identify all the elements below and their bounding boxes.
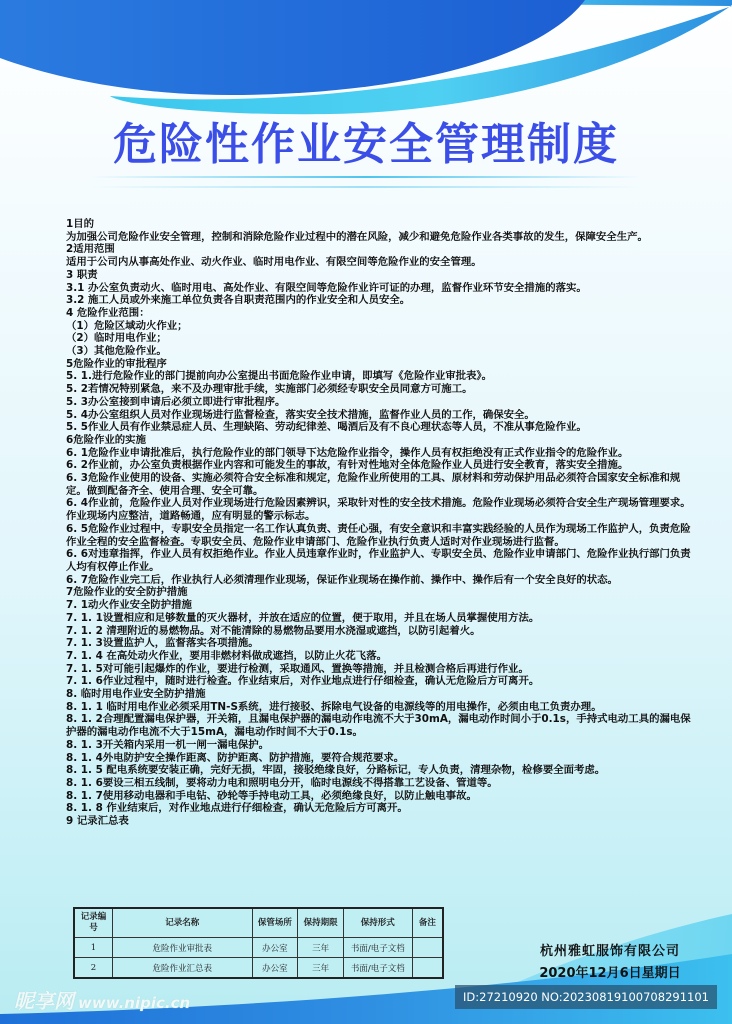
title-divider-bottom	[90, 186, 642, 188]
list-item: （1）危险区域动火作业；	[66, 320, 700, 333]
document-body: 1目的 为加强公司危险作业安全管理，控制和消除危险作业过程中的潜在风险，减少和避…	[66, 218, 700, 828]
subsection-heading: 7. 1动火作业安全防护措施	[66, 599, 700, 612]
paragraph: 6. 2作业前，办公室负责根据作业内容和可能发生的事故，有针对性地对全体危险作业…	[66, 459, 700, 472]
paragraph: 7. 1. 6作业过程中，随时进行检查。作业结束后，对作业地点进行仔细检查，确认…	[66, 675, 700, 688]
paragraph: 8. 1. 7使用移动电器和手电钻、砂轮等手持电动工具，必须绝缘良好，以防止触电…	[66, 790, 700, 803]
paragraph: 为加强公司危险作业安全管理，控制和消除危险作业过程中的潜在风险，减少和避免危险作…	[66, 231, 700, 244]
paragraph: 6. 5危险作业过程中，专职安全员指定一名工作认真负责、责任心强，有安全意识和丰…	[66, 523, 700, 548]
paragraph: 7. 1. 3设置监护人，监督落实各项措施。	[66, 637, 700, 650]
paragraph: 7. 1. 2 清理附近的易燃物品。对不能清除的易燃物品要用水浇湿或遮挡，以防引…	[66, 625, 700, 638]
paragraph: 8. 1. 3开关箱内采用一机一闸一漏电保护。	[66, 739, 700, 752]
paragraph: 7. 1. 4 在高处动火作业，要用非燃材料做成遮挡，以防止火花飞落。	[66, 650, 700, 663]
paragraph: 7. 1. 5对可能引起爆炸的作业，要进行检测，采取通风、置换等措施，并且检测合…	[66, 663, 700, 676]
paragraph: 8. 1. 8 作业结束后，对作业地点进行仔细检查，确认无危险后方可离开。	[66, 802, 700, 815]
document-date: 2020年12月6日星期日	[510, 962, 710, 981]
section-heading: 5危险作业的审批程序	[66, 358, 700, 371]
section-heading: 6危险作业的实施	[66, 434, 700, 447]
paragraph: 8. 1. 1 临时用电作业必须采用TN-S系统，进行接驳、拆除电气设备的电源线…	[66, 701, 700, 714]
section-heading: 2适用范围	[66, 243, 700, 256]
page-title: 危险性作业安全管理制度	[0, 108, 732, 172]
paragraph: 8. 1. 2合理配置漏电保护器，开关箱，且漏电保护器的漏电动作电流不大于30m…	[66, 713, 700, 738]
paragraph: 7. 1. 1设置相应和足够数量的灭火器材，并放在适应的位置，便于取用，并且在场…	[66, 612, 700, 625]
company-name: 杭州雅虹服饰有限公司	[510, 940, 710, 959]
paragraph: 5. 5作业人员有作业禁忌症人员、生理缺陷、劳动纪律差、喝酒后及有不良心理状态等…	[66, 421, 700, 434]
paragraph: 5. 1.进行危险作业的部门提前向办公室提出书面危险作业申请，即填写《危险作业审…	[66, 370, 700, 383]
section-heading: 3 职责	[66, 269, 700, 282]
watermark-url: www.nipic.cn	[78, 994, 190, 1012]
paragraph: 5. 4办公室组织人员对作业现场进行监督检查，落实安全技术措施，监督作业人员的工…	[66, 409, 700, 422]
section-heading: 9 记录汇总表	[66, 815, 700, 828]
paragraph: 5. 2若情况特别紧急，来不及办理审批手续，实施部门必须经专职安全员同意方可施工…	[66, 383, 700, 396]
paragraph: 8. 1. 5 配电系统要安装正确，完好无损，牢固，接驳绝缘良好，分路标记，专人…	[66, 764, 700, 777]
section-heading: 1目的	[66, 218, 700, 231]
paragraph: 3.2 施工人员或外来施工单位负责各自职责范围内的作业安全和人员安全。	[66, 294, 700, 307]
paragraph: 8. 1. 4外电防护安全操作距离、防护距离、防护措施，要符合规范要求。	[66, 752, 700, 765]
subsection-heading: 8. 临时用电作业安全防护措施	[66, 688, 700, 701]
paragraph: 6. 4作业前，危险作业人员对作业现场进行危险因素辨识，采取针对性的安全技术措施…	[66, 497, 700, 522]
watermark-brand: 昵享网	[14, 989, 74, 1013]
paragraph: 6. 6对违章指挥，作业人员有权拒绝作业。作业人员违章作业时，作业监护人、专职安…	[66, 548, 700, 573]
paragraph: 6. 7危险作业完工后，作业执行人必须清理作业现场，保证作业现场在操作前、操作中…	[66, 574, 700, 587]
title-divider-top	[90, 176, 642, 178]
paragraph: 3.1 办公室负责动火、临时用电、高处作业、有限空间等危险作业许可证的办理，监督…	[66, 282, 700, 295]
paragraph: 适用于公司内从事高处作业、动火作业、临时用电作业、有限空间等危险作业的安全管理。	[66, 256, 700, 269]
list-item: （3）其他危险作业。	[66, 345, 700, 358]
paragraph: 5. 3办公室接到申请后必须立即进行审批程序。	[66, 396, 700, 409]
top-wave-decoration	[0, 0, 732, 120]
paragraph: 6. 3危险作业使用的设备、实施必须符合安全标准和规定，危险作业所使用的工具、原…	[66, 472, 700, 497]
section-heading: 4 危险作业范围：	[66, 307, 700, 320]
paragraph: 8. 1. 6要设三相五线制，要将动力电和照明电分开，临时电源线不得搭靠工艺设备…	[66, 777, 700, 790]
section-heading: 7危险作业的安全防护措施	[66, 586, 700, 599]
paragraph: 6. 1危险作业申请批准后，执行危险作业的部门领导下达危险作业指令，操作人员有权…	[66, 447, 700, 460]
watermark: 昵享网www.nipic.cn	[14, 985, 190, 1014]
list-item: （2）临时用电作业；	[66, 332, 700, 345]
image-id-bar: ID:27210920 NO:20230819100708291101	[455, 985, 717, 1009]
